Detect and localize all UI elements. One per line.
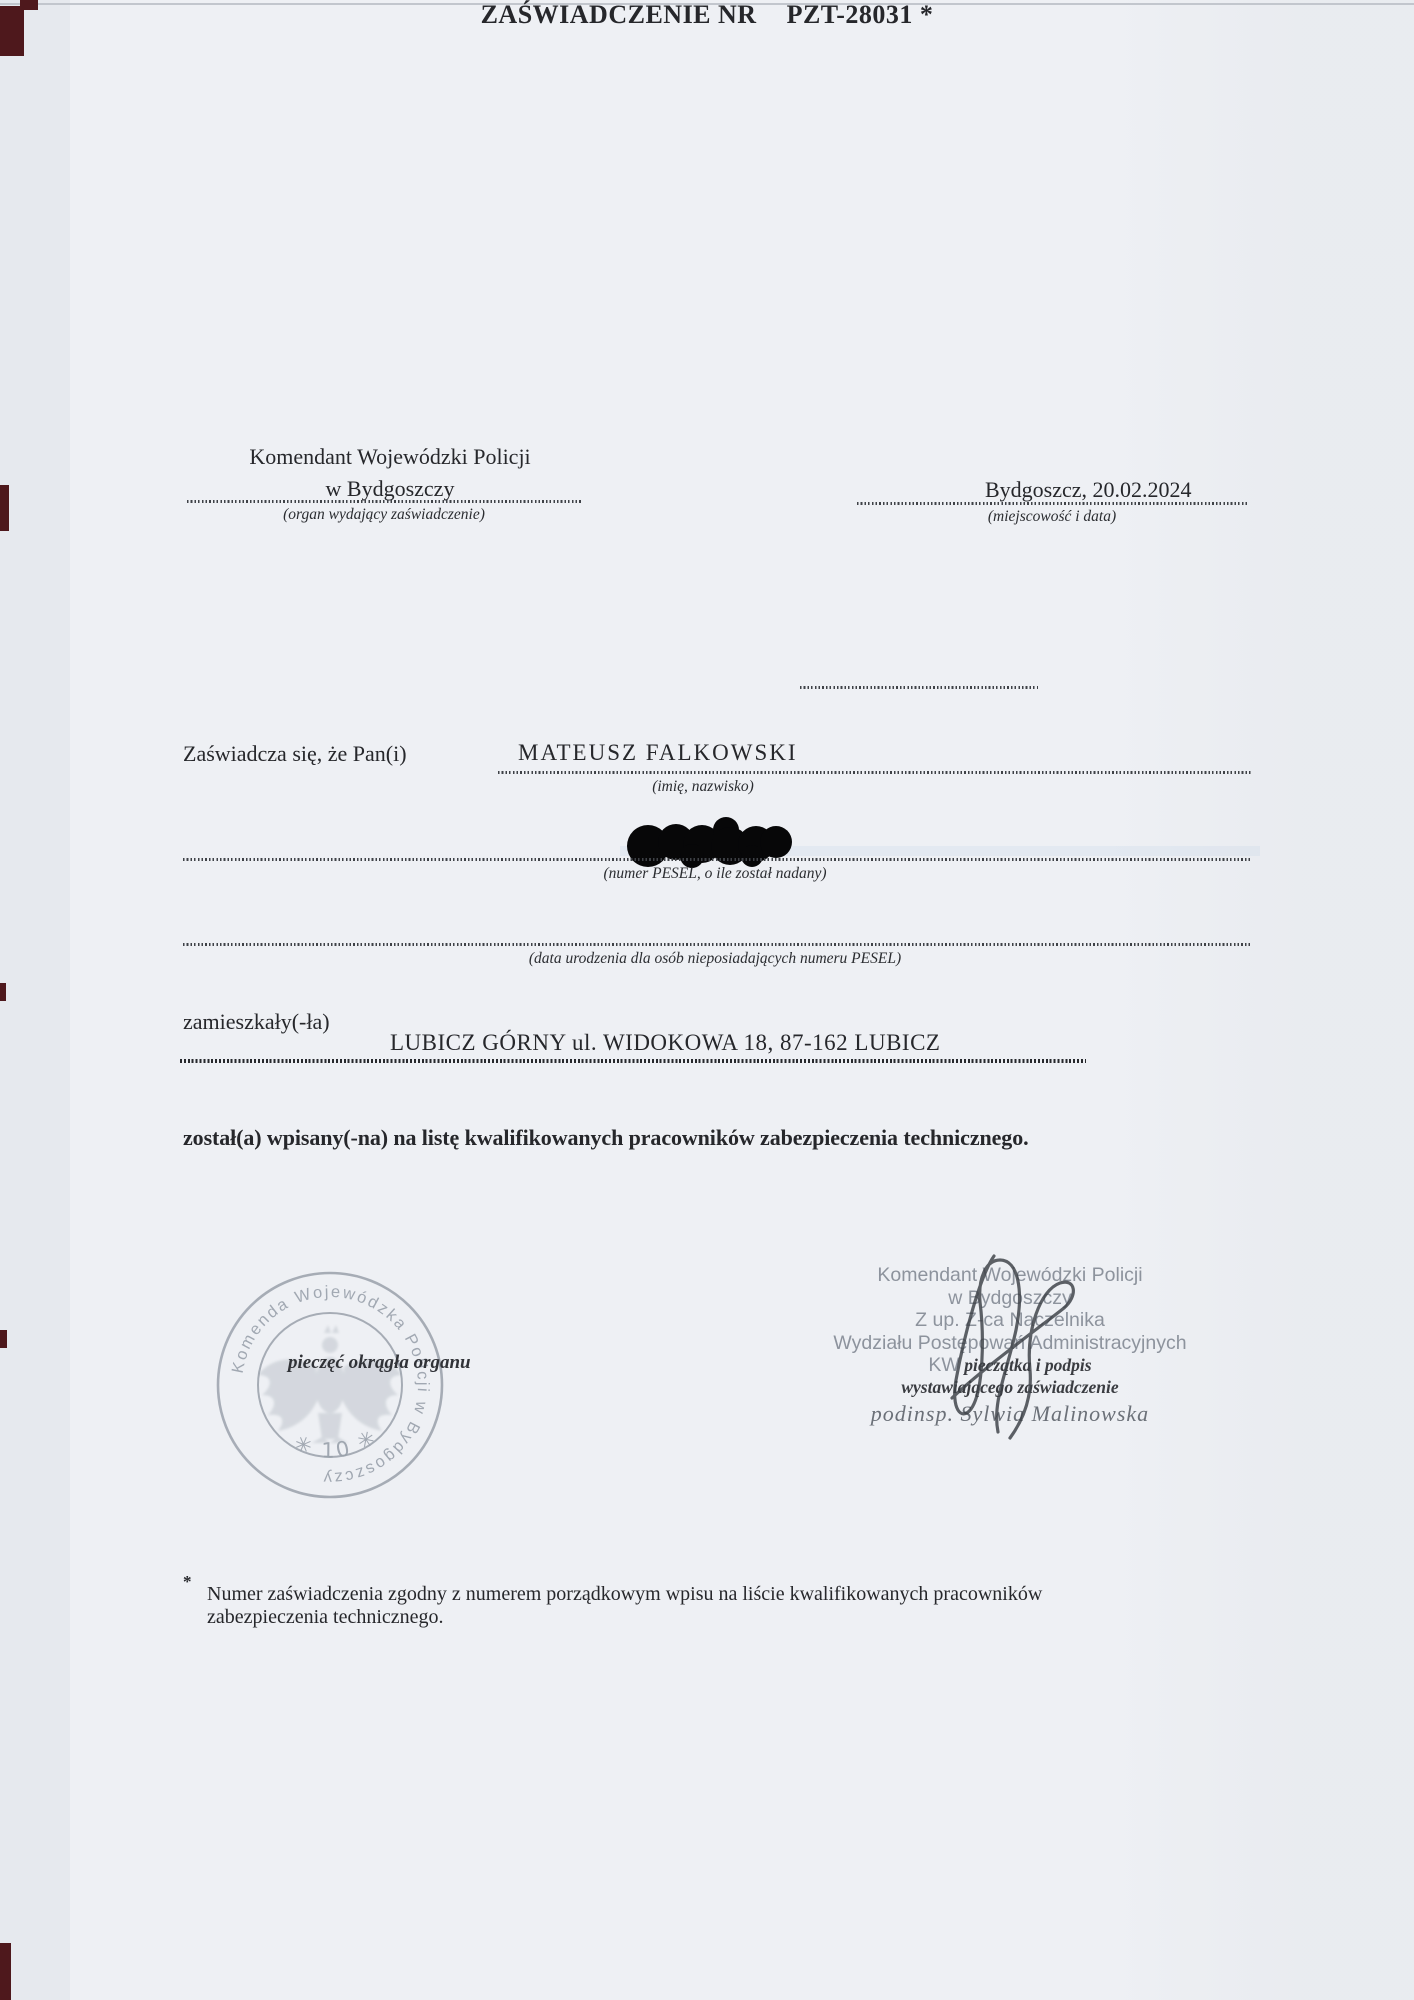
certificate-title: ZAŚWIADCZENIE NR PZT-28031 * [0,0,1414,30]
dotted-line-name [498,771,1251,774]
certificate-number: PZT-28031 * [787,0,934,30]
dotted-line-organ [187,500,581,503]
residence-address: LUBICZ GÓRNY ul. WIDOKOWA 18, 87-162 LUB… [390,1030,940,1056]
handwritten-signature [928,1250,1088,1450]
scan-artifact [0,1943,11,2000]
scan-artifact [0,1330,7,1348]
person-name: MATEUSZ FALKOWSKI [518,740,798,766]
footnote: Numer zaświadczenia zgodny z numerem por… [207,1583,1287,1629]
footnote-line2: zabezpieczenia technicznego. [207,1606,1287,1629]
title-label: ZAŚWIADCZENIE NR [481,0,757,30]
registration-statement: został(a) wpisany(-na) na listę kwalifik… [183,1125,1283,1151]
footnote-marker: * [183,1572,192,1592]
date-caption: (miejscowość i data) [857,508,1247,526]
dotted-line-address [180,1059,1086,1063]
organ-caption: (organ wydający zaświadczenie) [187,506,581,524]
dotted-line-birthdate [183,943,1251,946]
pesel-caption: (numer PESEL, o ile został nadany) [480,865,950,883]
footnote-line1: Numer zaświadczenia zgodny z numerem por… [207,1583,1287,1606]
dotted-line-pesel [183,858,1251,861]
issuing-organ-line2: w Bydgoszczy [150,476,630,502]
stamp-placeholder-label: pieczęć okrągła organu [288,1352,471,1374]
eagle-emblem [258,1325,402,1443]
dotted-line-date [857,502,1247,505]
round-stamp: Komenda Wojewódzka Policji w Bydgoszczy … [212,1267,448,1503]
birthdate-caption: (data urodzenia dla osób nieposiadającyc… [430,950,1000,968]
name-caption: (imię, nazwisko) [503,778,903,796]
scan-artifact [0,485,9,531]
certifies-lead: Zaświadcza się, że Pan(i) [183,741,407,767]
residence-lead: zamieszkały(-ła) [183,1009,330,1035]
issuing-organ-line1: Komendant Wojewódzki Policji [150,444,630,470]
dotted-line-number [800,686,1038,689]
place-and-date: Bydgoszcz, 20.02.2024 [985,477,1192,503]
scanned-certificate-page: Komendant Wojewódzki Policji w Bydgoszcz… [0,0,1414,2000]
scan-artifact [0,983,6,1001]
